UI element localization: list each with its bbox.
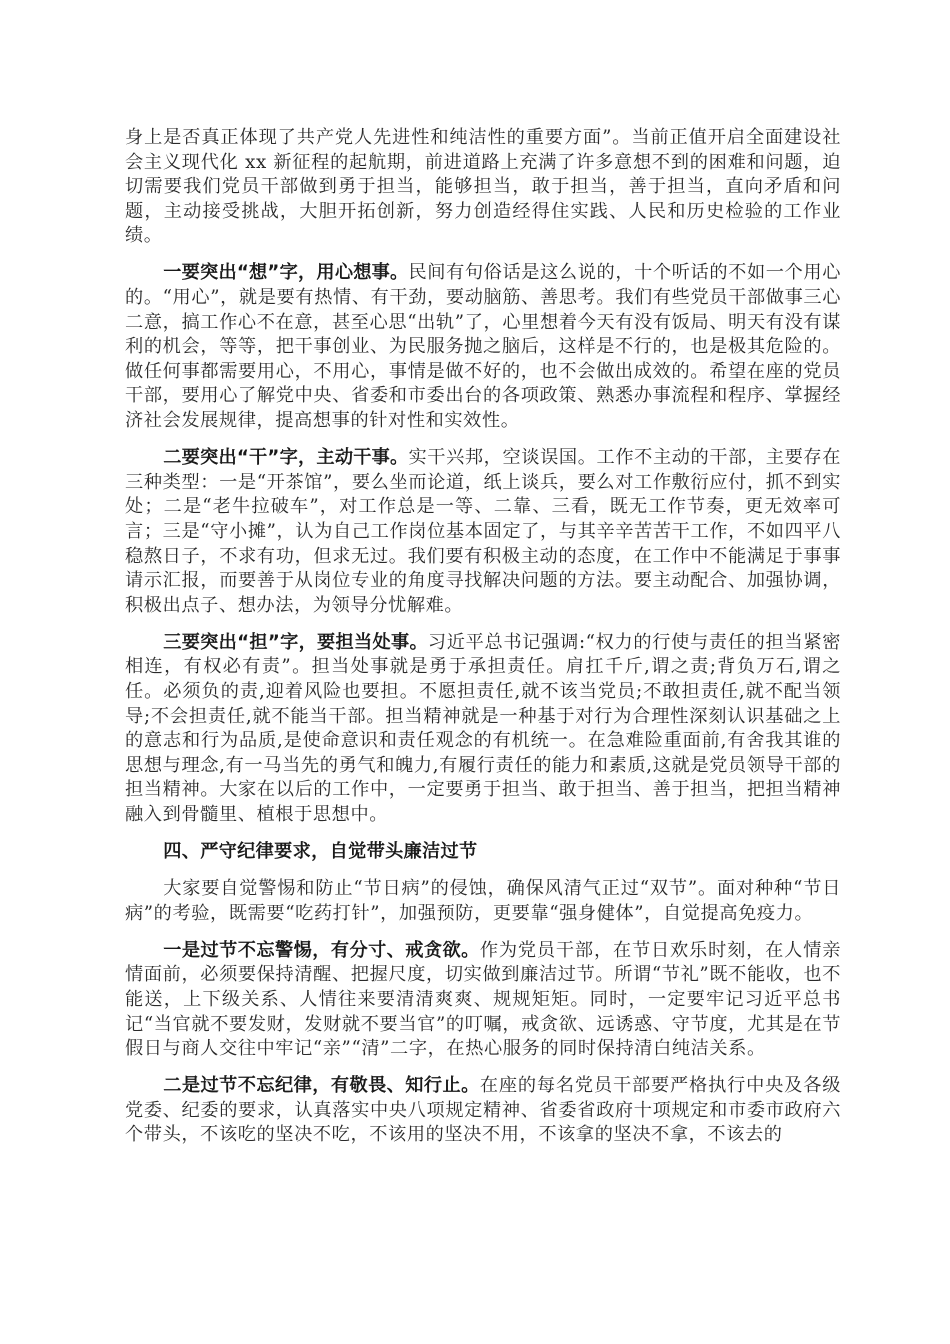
paragraph-text: 身上是否真正体现了共产党人先进性和纯洁性的重要方面”。当前正值开启全面建设社会主… — [125, 127, 841, 246]
section-heading: 四、严守纪律要求，自觉带头廉洁过节 — [125, 840, 841, 865]
paragraph-act: 二要突出“干”字，主动干事。实干兴邦，空谈误国。工作不主动的干部，主要存在三种类… — [125, 446, 841, 618]
paragraph-lead: 一是过节不忘警惕，有分寸、戒贪欲。 — [163, 940, 480, 961]
paragraph-intro: 大家要自觉警惕和防止“节日病”的侵蚀，确保风清气正过“双节”。面对种种“节日病”… — [125, 877, 841, 926]
paragraph-responsibility: 三要突出“担”字，要担当处事。习近平总书记强调:“权力的行使与责任的担当紧密相连… — [125, 631, 841, 828]
paragraph-lead: 二是过节不忘纪律，有敬畏、知行止。 — [163, 1075, 480, 1096]
paragraph-text: 习近平总书记强调:“权力的行使与责任的担当紧密相连，有权必有责”。担当处事就是勇… — [125, 632, 841, 825]
paragraph-think: 一要突出“想”字，用心想事。民间有句俗话是这么说的，十个听话的不如一个用心的。“… — [125, 261, 841, 433]
paragraph-continuation: 身上是否真正体现了共产党人先进性和纯洁性的重要方面”。当前正值开启全面建设社会主… — [125, 126, 841, 249]
paragraph-lead: 二要突出“干”字，主动干事。 — [163, 447, 408, 468]
paragraph-text: 大家要自觉警惕和防止“节日病”的侵蚀，确保风清气正过“双节”。面对种种“节日病”… — [125, 878, 841, 924]
document-page: 身上是否真正体现了共产党人先进性和纯洁性的重要方面”。当前正值开启全面建设社会主… — [125, 126, 841, 1161]
paragraph-text: 民间有句俗话是这么说的，十个听话的不如一个用心的。“用心”，就是要有热情、有干劲… — [125, 262, 841, 431]
paragraph-discipline: 二是过节不忘纪律，有敬畏、知行止。在座的每名党员干部要严格执行中央及各级党委、纪… — [125, 1074, 841, 1148]
paragraph-lead: 一要突出“想”字，用心想事。 — [163, 262, 408, 283]
paragraph-lead: 三要突出“担”字，要担当处事。 — [163, 632, 428, 653]
paragraph-vigilance: 一是过节不忘警惕，有分寸、戒贪欲。作为党员干部，在节日欢乐时刻，在人情亲情面前，… — [125, 939, 841, 1062]
paragraph-text: 实干兴邦，空谈误国。工作不主动的干部，主要存在三种类型：一是“开茶馆”，要么坐而… — [125, 447, 841, 616]
